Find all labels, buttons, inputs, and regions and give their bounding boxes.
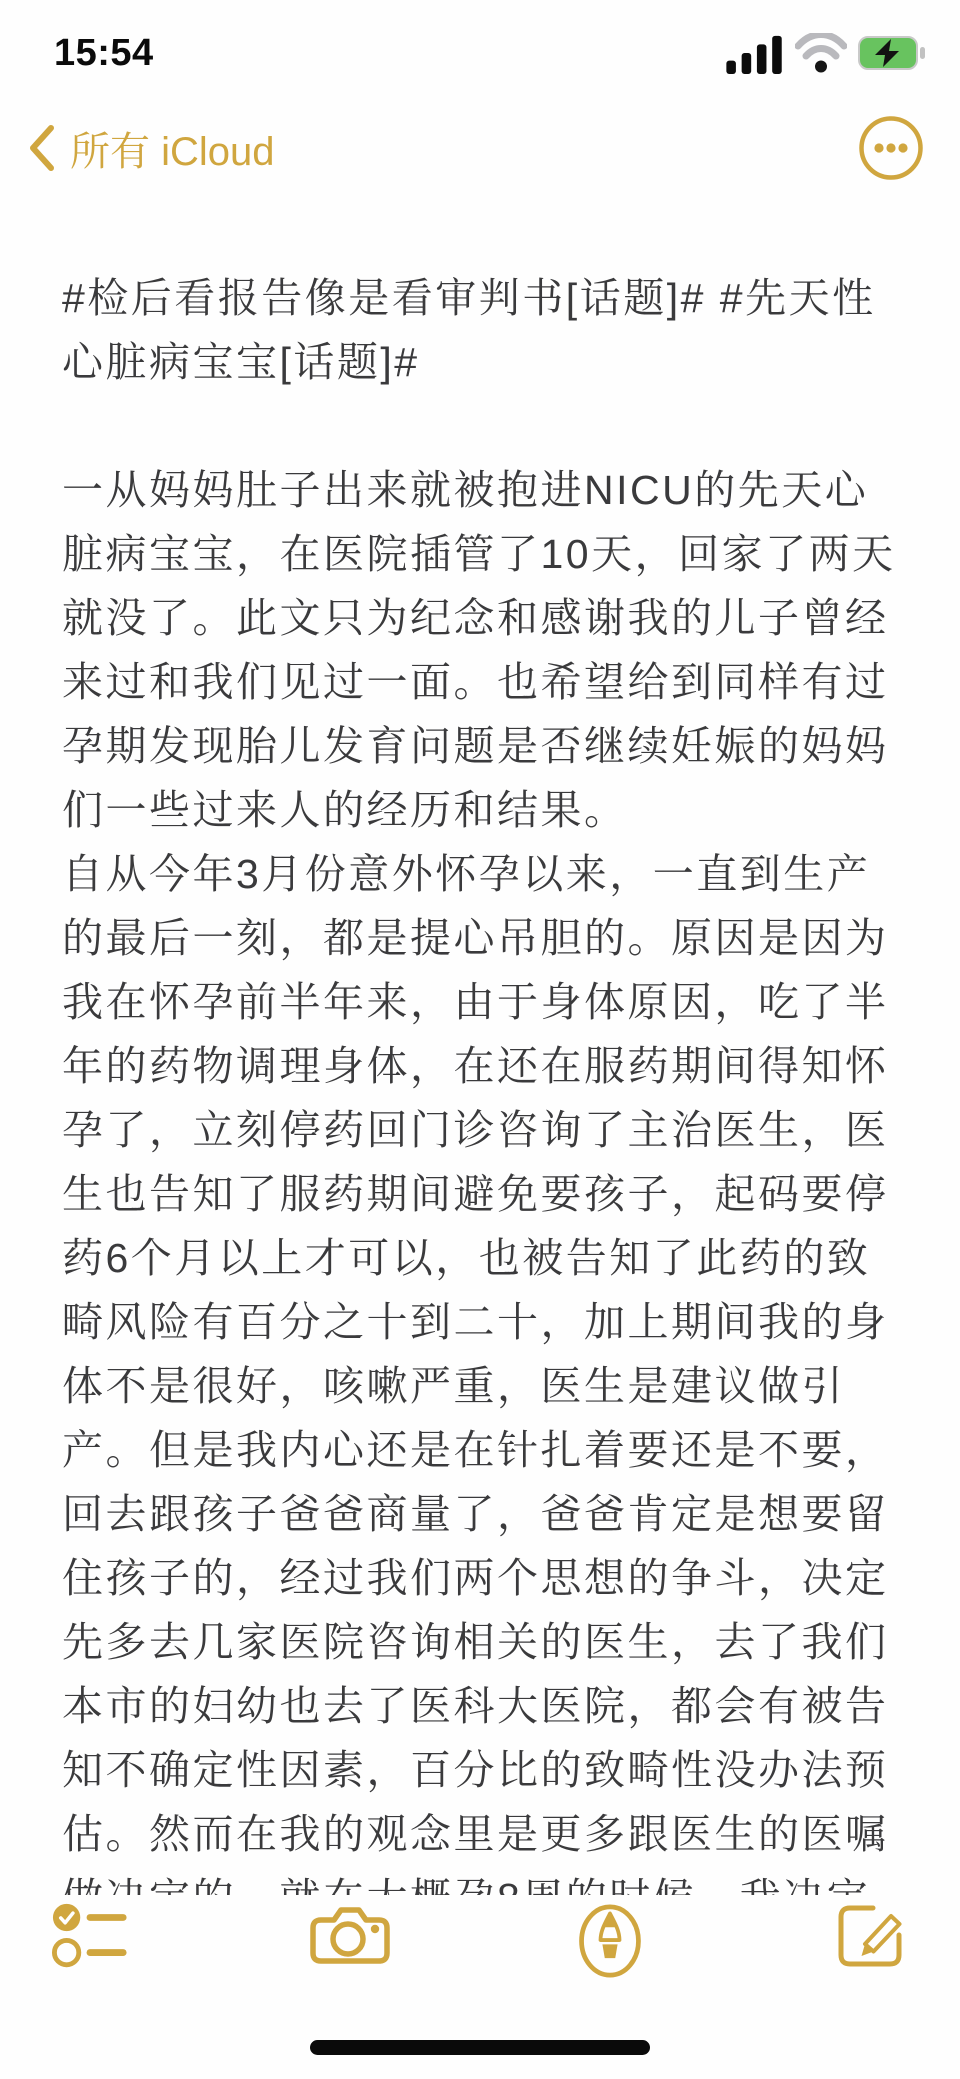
status-bar: 15:54 bbox=[0, 0, 960, 92]
nav-bar: 所有 iCloud bbox=[0, 100, 960, 196]
note-body[interactable]: #检后看报告像是看审判书[话题]# #先天性心脏病宝宝[话题]#一从妈妈肚子出来… bbox=[0, 196, 960, 1895]
markup-button[interactable] bbox=[568, 1901, 652, 1981]
note-line: #检后看报告像是看审判书[话题]# #先天性 bbox=[62, 266, 918, 330]
status-icons bbox=[726, 32, 926, 74]
note-line: 畸风险有百分之十到二十，加上期间我的身 bbox=[62, 1290, 918, 1354]
bottom-toolbar bbox=[0, 1895, 960, 2005]
note-line: 来过和我们见过一面。也希望给到同样有过 bbox=[62, 650, 918, 714]
note-line: 住孩子的，经过我们两个思想的争斗，决定 bbox=[62, 1546, 918, 1610]
wifi-icon bbox=[795, 33, 847, 73]
note-line: 孕期发现胎儿发育问题是否继续妊娠的妈妈 bbox=[62, 714, 918, 778]
notes-app-screen: 15:54 bbox=[0, 0, 960, 2079]
note-line: 知不确定性因素，百分比的致畸性没办法预 bbox=[62, 1738, 918, 1802]
checklist-button[interactable] bbox=[48, 1901, 132, 1971]
checklist-icon bbox=[51, 1901, 129, 1971]
status-time: 15:54 bbox=[54, 32, 154, 75]
compose-button[interactable] bbox=[828, 1901, 912, 1971]
note-line bbox=[62, 394, 918, 458]
camera-icon bbox=[309, 1901, 391, 1965]
note-line: 的最后一刻，都是提心吊胆的。原因是因为 bbox=[62, 906, 918, 970]
note-line: 们一些过来人的经历和结果。 bbox=[62, 778, 918, 842]
note-line: 孕了，立刻停药回门诊咨询了主治医生，医 bbox=[62, 1098, 918, 1162]
note-line: 药6个月以上才可以，也被告知了此药的致 bbox=[62, 1226, 918, 1290]
compose-icon bbox=[835, 1901, 905, 1971]
chevron-left-icon bbox=[26, 123, 56, 173]
home-indicator[interactable] bbox=[310, 2040, 650, 2055]
note-line: 自从今年3月份意外怀孕以来，一直到生产 bbox=[62, 842, 918, 906]
note-line: 先多去几家医院咨询相关的医生，去了我们 bbox=[62, 1610, 918, 1674]
note-line: 年的药物调理身体，在还在服药期间得知怀 bbox=[62, 1034, 918, 1098]
back-button-label: 所有 iCloud bbox=[70, 120, 275, 177]
ellipsis-circle-icon bbox=[858, 115, 924, 181]
note-line: 一从妈妈肚子出来就被抱进NICU的先天心 bbox=[62, 458, 918, 522]
battery-charging-icon bbox=[858, 36, 926, 70]
note-line: 本市的妇幼也去了医科大医院，都会有被告 bbox=[62, 1674, 918, 1738]
note-line: 就没了。此文只为纪念和感谢我的儿子曾经 bbox=[62, 586, 918, 650]
note-line: 体不是很好，咳嗽严重，医生是建议做引 bbox=[62, 1354, 918, 1418]
markup-marker-icon bbox=[573, 1901, 647, 1981]
note-line: 回去跟孩子爸爸商量了，爸爸肯定是想要留 bbox=[62, 1482, 918, 1546]
note-line: 估。然而在我的观念里是更多跟医生的医嘱 bbox=[62, 1802, 918, 1866]
note-line: 生也告知了服药期间避免要孩子，起码要停 bbox=[62, 1162, 918, 1226]
back-button[interactable]: 所有 iCloud bbox=[26, 120, 275, 177]
note-line: 心脏病宝宝[话题]# bbox=[62, 330, 918, 394]
note-line: 做决定的，就在大概孕8周的时候，我决定 bbox=[62, 1866, 918, 1895]
cellular-signal-icon bbox=[726, 32, 784, 74]
note-line: 我在怀孕前半年来，由于身体原因，吃了半 bbox=[62, 970, 918, 1034]
more-options-button[interactable] bbox=[858, 115, 924, 181]
note-line: 产。但是我内心还是在针扎着要还是不要， bbox=[62, 1418, 918, 1482]
note-line: 脏病宝宝，在医院插管了10天，回家了两天 bbox=[62, 522, 918, 586]
camera-button[interactable] bbox=[308, 1901, 392, 1965]
